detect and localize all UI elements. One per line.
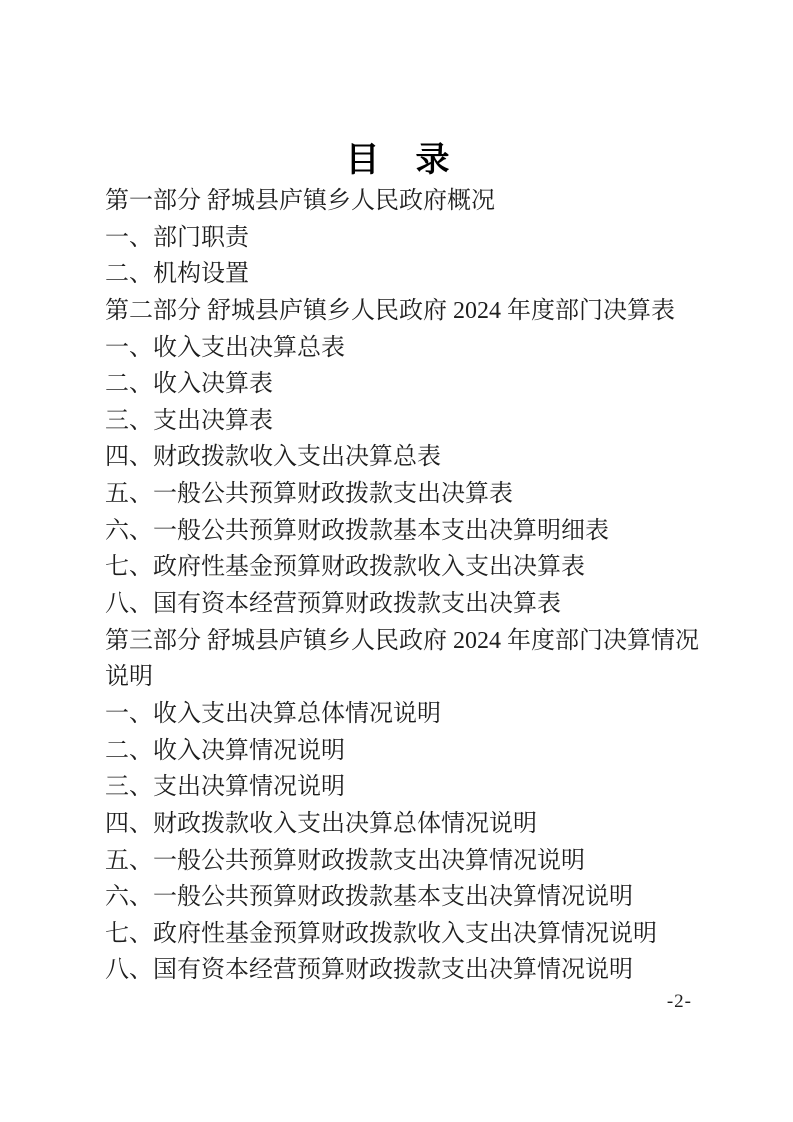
toc-line: 一、部门职责 xyxy=(105,220,697,257)
toc-line: 二、收入决算表 xyxy=(105,366,697,403)
toc-line: 一、收入支出决算总体情况说明 xyxy=(105,696,697,733)
toc-line-part3-wrap: 说明 xyxy=(105,659,697,696)
toc-line: 八、国有资本经营预算财政拨款支出决算情况说明 xyxy=(105,952,697,989)
toc-line: 四、财政拨款收入支出决算总表 xyxy=(105,439,697,476)
toc-line: 五、一般公共预算财政拨款支出决算表 xyxy=(105,476,697,513)
toc-line: 一、收入支出决算总表 xyxy=(105,330,697,367)
page-title: 目 录 xyxy=(105,138,691,182)
toc-line-part2: 第二部分 舒城县庐镇乡人民政府 2024 年度部门决算表 xyxy=(105,293,697,330)
toc-line: 三、支出决算情况说明 xyxy=(105,769,697,806)
toc-line: 六、一般公共预算财政拨款基本支出决算明细表 xyxy=(105,513,697,550)
toc-line: 四、财政拨款收入支出决算总体情况说明 xyxy=(105,806,697,843)
toc-line: 八、国有资本经营预算财政拨款支出决算表 xyxy=(105,586,697,623)
toc-line: 二、机构设置 xyxy=(105,256,697,293)
toc-line: 五、一般公共预算财政拨款支出决算情况说明 xyxy=(105,843,697,880)
toc-line-part3: 第三部分 舒城县庐镇乡人民政府 2024 年度部门决算情况 xyxy=(105,623,697,660)
toc-line: 七、政府性基金预算财政拨款收入支出决算情况说明 xyxy=(105,916,697,953)
toc-line: 七、政府性基金预算财政拨款收入支出决算表 xyxy=(105,549,697,586)
table-of-contents: 第一部分 舒城县庐镇乡人民政府概况 一、部门职责 二、机构设置 第二部分 舒城县… xyxy=(105,183,697,989)
toc-line: 六、一般公共预算财政拨款基本支出决算情况说明 xyxy=(105,879,697,916)
toc-line: 二、收入决算情况说明 xyxy=(105,733,697,770)
page-number: -2- xyxy=(105,991,692,1013)
document-page: 目 录 第一部分 舒城县庐镇乡人民政府概况 一、部门职责 二、机构设置 第二部分… xyxy=(0,0,793,1122)
toc-line-part1: 第一部分 舒城县庐镇乡人民政府概况 xyxy=(105,183,697,220)
toc-line: 三、支出决算表 xyxy=(105,403,697,440)
